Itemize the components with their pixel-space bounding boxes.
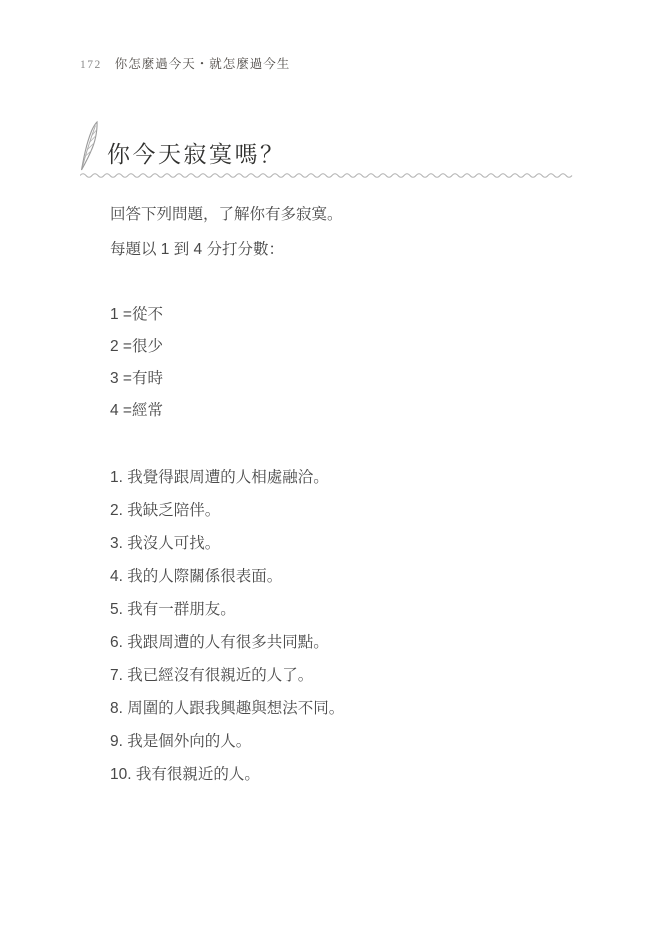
section-title: 你今天寂寞嗎？ — [107, 136, 286, 169]
running-head: 172 你怎麼過今天・就怎麼過今生 — [80, 54, 290, 72]
section-header: 你今天寂寞嗎？ — [76, 120, 286, 172]
scale-item: 4 =經常 — [110, 395, 610, 427]
intro-line: 每題以 1 到 4 分打分數： — [110, 232, 610, 267]
feather-icon — [76, 120, 100, 172]
question-item: 7. 我已經沒有很親近的人了。 — [110, 659, 610, 692]
scale-item: 1 =從不 — [110, 299, 610, 331]
questionnaire: 回答下列問題，了解你有多寂寞。 每題以 1 到 4 分打分數： 1 =從不 2 … — [110, 197, 610, 791]
question-list: 1. 我覺得跟周遭的人相處融洽。 2. 我缺乏陪伴。 3. 我沒人可找。 4. … — [110, 461, 610, 791]
question-item: 1. 我覺得跟周遭的人相處融洽。 — [110, 461, 610, 494]
question-item: 6. 我跟周遭的人有很多共同點。 — [110, 626, 610, 659]
question-item: 8. 周圍的人跟我興趣與想法不同。 — [110, 692, 610, 725]
question-item: 4. 我的人際關係很表面。 — [110, 560, 610, 593]
page-number: 172 — [80, 59, 102, 71]
book-page: 172 你怎麼過今天・就怎麼過今生 你今天寂寞嗎？ 回答下列問題，了解你有多寂寞… — [0, 0, 663, 932]
question-item: 3. 我沒人可找。 — [110, 527, 610, 560]
question-item: 10. 我有很親近的人。 — [110, 758, 610, 791]
wavy-divider — [80, 171, 575, 180]
book-title: 你怎麼過今天・就怎麼過今生 — [115, 54, 291, 72]
scale-item: 3 =有時 — [110, 363, 610, 395]
scale-item: 2 =很少 — [110, 331, 610, 363]
question-item: 5. 我有一群朋友。 — [110, 593, 610, 626]
scale-legend: 1 =從不 2 =很少 3 =有時 4 =經常 — [110, 299, 610, 427]
intro-line: 回答下列問題，了解你有多寂寞。 — [110, 197, 610, 232]
question-item: 9. 我是個外向的人。 — [110, 725, 610, 758]
question-item: 2. 我缺乏陪伴。 — [110, 494, 610, 527]
